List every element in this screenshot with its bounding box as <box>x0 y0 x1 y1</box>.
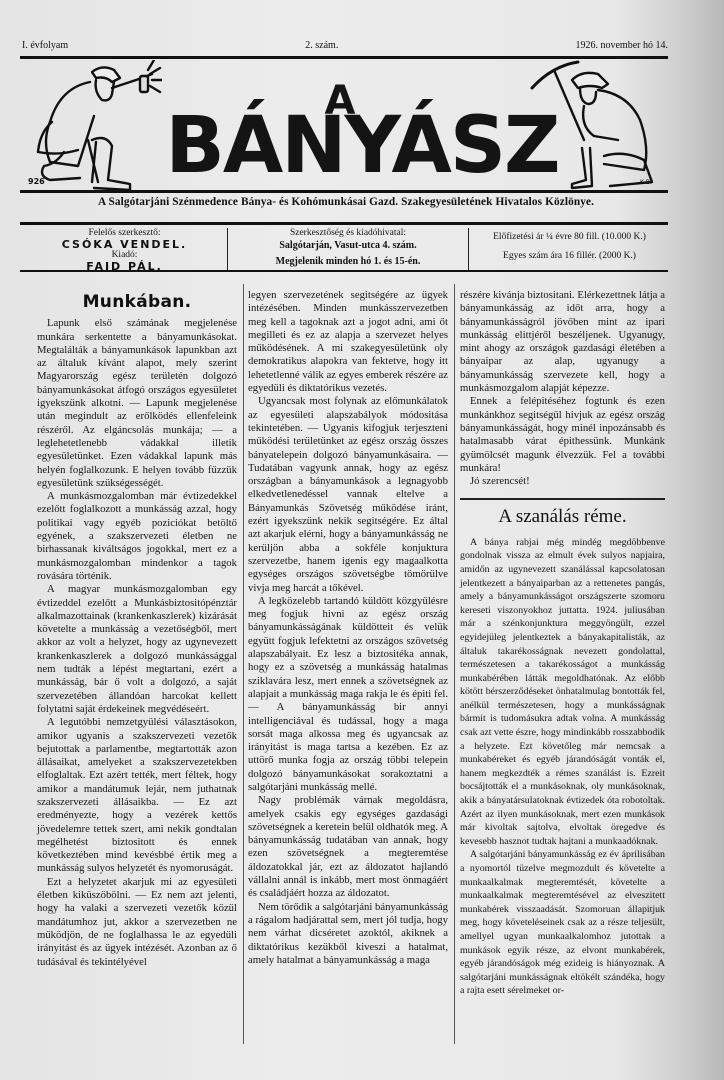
svg-text:K.B.: K.B. <box>640 179 652 186</box>
paragraph: Nagy problémák várnak megoldásra, amelye… <box>248 794 448 900</box>
paragraph: Ennek a felépitéséhez fogtunk és ezen mu… <box>460 395 665 475</box>
miner-with-pickaxe-illustration: K.B. <box>528 60 668 190</box>
issue-date: 1926. november hó 14. <box>575 40 668 51</box>
masthead-bottom-rule <box>20 190 668 193</box>
column-divider-2 <box>454 284 455 1044</box>
office-block: Szerkesztőség és kiadóhivatal: Salgótarj… <box>227 228 469 272</box>
article-title-szanalas: A szanálás réme. <box>460 510 665 523</box>
editor-block: Felelős szerkesztő: CSÓKA VENDEL. Kiadó:… <box>22 228 227 272</box>
paragraph: részére kivánja biztositani. Elérkezettn… <box>460 289 665 395</box>
office-address: Salgótarján, Vasut-utca 4. szám. <box>228 240 468 251</box>
single-issue-price: Egyes szám ára 16 fillér. (2000 K.) <box>469 251 670 262</box>
article-title-munkaban: Munkában. <box>37 296 237 309</box>
masthead: 926 A BÁNYÁSZ K.B. <box>22 60 668 190</box>
paragraph: A salgótarjáni bányamunkásság ez év ápri… <box>460 848 665 998</box>
article-szanalas-body: A bánya rabjai még mindég megdöbbenve go… <box>460 536 665 998</box>
article-closing: Jó szerencsét! <box>460 475 665 488</box>
paragraph: A munkásmozgalomban már évtizedekkel eze… <box>37 490 237 583</box>
paragraph: legyen szervezetének segitségére az ügye… <box>248 289 448 395</box>
subtitle-rule <box>20 222 668 225</box>
paragraph: A magyar munkásmozgalomban egy évtizedde… <box>37 583 237 716</box>
publication-schedule: Megjelenik minden hó 1. és 15-én. <box>228 256 468 267</box>
issue-number: 2. szám. <box>305 40 338 51</box>
paragraph: A legközelebb tartandó küldött közgyülés… <box>248 595 448 794</box>
article-munkaban-column-2: legyen szervezetének segitségére az ügye… <box>248 289 448 967</box>
paragraph: A legutóbbi nemzetgyülési választásokon,… <box>37 716 237 876</box>
pricing-block: Előfizetési ár ¼ évre 80 fill. (10.000 K… <box>469 228 670 272</box>
newspaper-page: I. évfolyam 2. szám. 1926. november hó 1… <box>0 0 724 1080</box>
column-divider-1 <box>243 284 244 1044</box>
paragraph: Ugyancsak most folynak az előmunkálatok … <box>248 395 448 594</box>
paragraph: Lapunk első számának megjelenése munkára… <box>37 317 237 490</box>
office-label: Szerkesztőség és kiadóhivatal: <box>228 228 468 239</box>
column-3: részére kivánja biztositani. Elérkezettn… <box>460 289 665 998</box>
publication-info-box: Felelős szerkesztő: CSÓKA VENDEL. Kiadó:… <box>22 228 670 268</box>
article-separator <box>460 498 665 500</box>
volume-label: I. évfolyam <box>22 40 68 51</box>
article-munkaban-column-1: Munkában. Lapunk első számának megjelené… <box>37 290 237 969</box>
paragraph: A bánya rabjai még mindég megdöbbenve go… <box>460 536 665 849</box>
paragraph: Nem törődik a salgótarjáni bányamunkássá… <box>248 901 448 967</box>
svg-text:926: 926 <box>28 177 45 186</box>
infobox-bottom-rule <box>20 270 668 272</box>
issue-info-line: I. évfolyam 2. szám. 1926. november hó 1… <box>22 40 668 51</box>
miner-with-lamp-illustration: 926 <box>22 60 162 190</box>
paragraph: Ezt a helyzetet akarjuk mi az egyesületi… <box>37 876 237 969</box>
top-rule <box>20 56 668 59</box>
newspaper-title: BÁNYÁSZ <box>162 106 562 186</box>
editor-name: CSÓKA VENDEL. <box>22 239 227 250</box>
publication-subtitle: A Salgótarjáni Szénmedence Bánya- és Koh… <box>22 196 670 208</box>
subscription-price: Előfizetési ár ¼ évre 80 fill. (10.000 K… <box>469 232 670 243</box>
